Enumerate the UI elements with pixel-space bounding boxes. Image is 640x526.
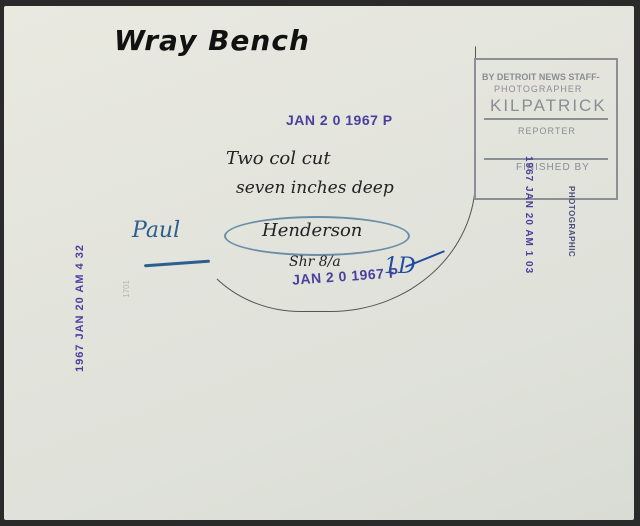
credit-line-reporter: REPORTER xyxy=(518,126,576,136)
vertical-date-stamp-right: 1967 JAN 20 AM 1 03 xyxy=(523,156,534,274)
photographic-stamp: PHOTOGRAPHIC xyxy=(567,186,576,257)
handwritten-code: Shr 8/a xyxy=(289,254,341,270)
vertical-date-stamp-left: 1967 JAN 20 AM 4 32 xyxy=(74,244,86,372)
date-stamp-top: JAN 2 0 1967 P xyxy=(286,112,393,128)
divider xyxy=(484,118,608,120)
name-underline xyxy=(144,260,210,268)
signature: Wray Bench xyxy=(114,24,310,57)
note-line-2: seven inches deep xyxy=(236,178,394,198)
credit-line-staff: BY DETROIT NEWS STAFF- xyxy=(482,72,600,82)
circled-name: Henderson xyxy=(262,220,362,241)
divider xyxy=(484,158,608,160)
initials: 1D xyxy=(384,254,416,279)
handwritten-name-left: Paul xyxy=(132,218,180,243)
photographer-name: KILPATRICK xyxy=(490,96,607,116)
credit-line-photographer: PHOTOGRAPHER xyxy=(494,84,582,94)
faint-number: 1701 xyxy=(122,280,131,298)
photo-back-paper: Wray Bench JAN 2 0 1967 P BY DETROIT NEW… xyxy=(4,6,634,520)
note-line-1: Two col cut xyxy=(226,148,331,169)
credit-box-stamp: BY DETROIT NEWS STAFF- PHOTOGRAPHER KILP… xyxy=(474,58,618,200)
